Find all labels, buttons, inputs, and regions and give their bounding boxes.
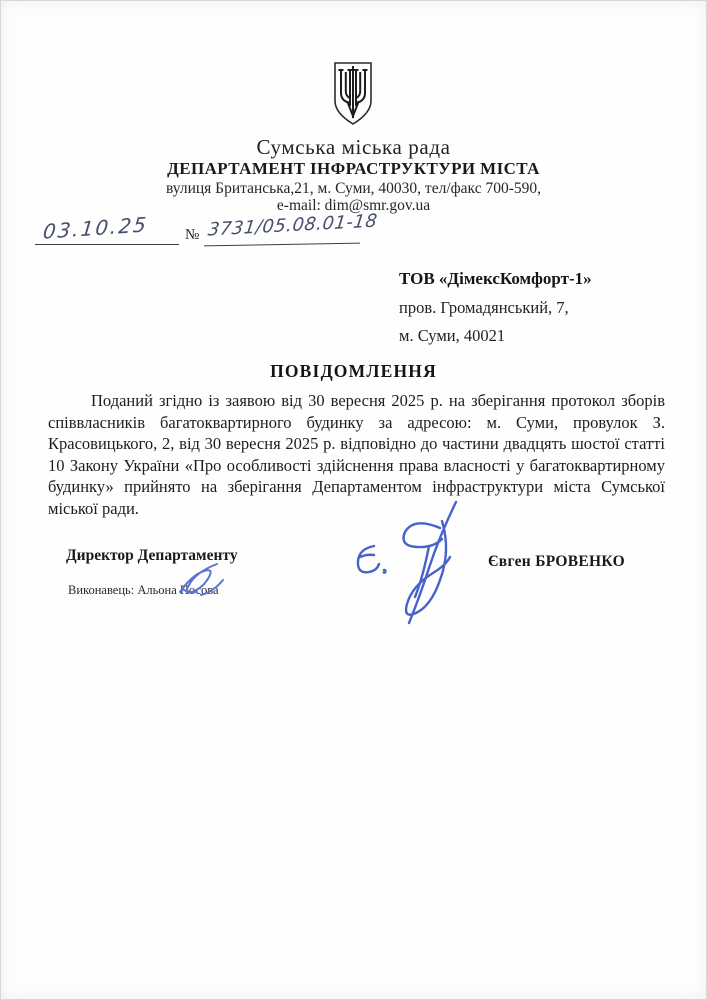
recipient-block: ТОВ «ДімексКомфорт-1» пров. Громадянськи… <box>399 265 592 351</box>
ukraine-trident-emblem-icon <box>328 59 378 129</box>
recipient-street: пров. Громадянський, 7, <box>399 294 592 323</box>
recipient-name: ТОВ «ДімексКомфорт-1» <box>399 265 592 294</box>
scanned-letter-page: Сумська міська рада ДЕПАРТАМЕНТ ІНФРАСТР… <box>0 0 707 1000</box>
document-title: ПОВІДОМЛЕННЯ <box>1 361 706 382</box>
director-signature-icon <box>343 499 483 639</box>
handwritten-date: 03.10.25 <box>42 212 149 244</box>
signer-name: Євген БРОВЕНКО <box>488 553 625 571</box>
executor-signature-icon <box>173 559 245 605</box>
number-underline <box>204 243 360 247</box>
organization-name: Сумська міська рада <box>1 135 706 160</box>
address-line: вулиця Британська,21, м. Суми, 40030, те… <box>1 180 706 198</box>
recipient-city: м. Суми, 40021 <box>399 322 592 351</box>
date-underline <box>35 244 179 245</box>
number-sign-label: № <box>185 227 199 244</box>
department-name: ДЕПАРТАМЕНТ ІНФРАСТРУКТУРИ МІСТА <box>1 159 706 179</box>
